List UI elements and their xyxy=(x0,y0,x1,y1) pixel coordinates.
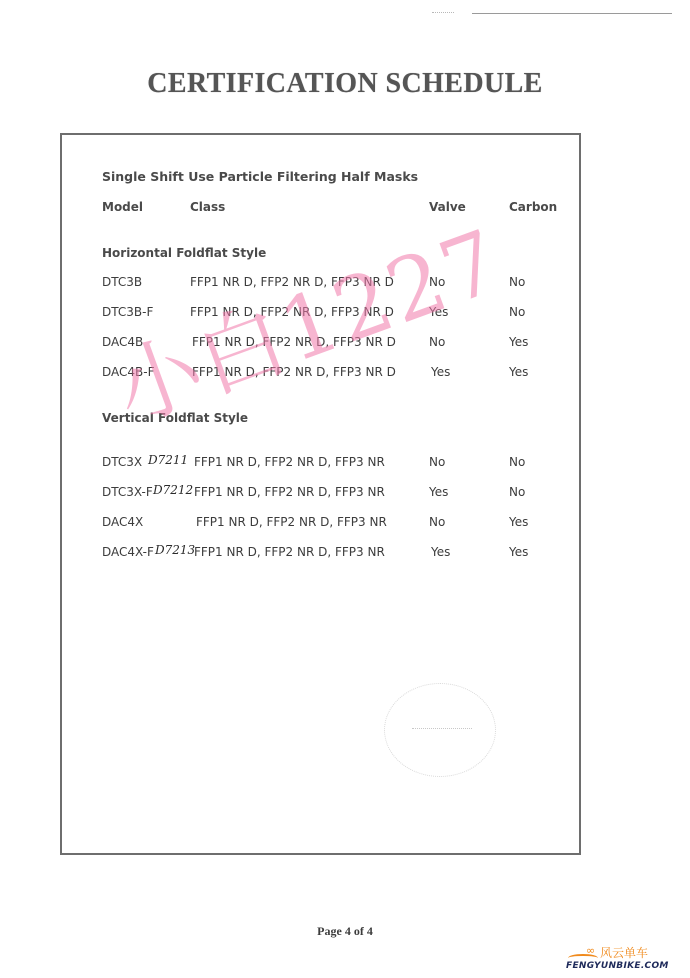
row-valve: Yes xyxy=(429,485,448,499)
row-valve: Yes xyxy=(429,305,448,319)
site-logo: ∞ 风云单车 FENGYUNBIKE.COM xyxy=(560,944,688,976)
logo-chinese-text: 风云单车 xyxy=(600,944,648,961)
row-class: FFP1 NR D, FFP2 NR D, FFP3 NR D xyxy=(190,275,394,289)
row-model: DTC3B-F xyxy=(102,305,153,319)
faded-stamp xyxy=(384,683,496,777)
row-model: DTC3X-F xyxy=(102,485,153,499)
row-model: DAC4X xyxy=(102,515,143,529)
row-model: DAC4B-F xyxy=(102,365,155,379)
column-header-model: Model xyxy=(102,200,143,214)
row-model: DTC3X xyxy=(102,455,142,469)
group-heading-horizontal: Horizontal Foldflat Style xyxy=(102,246,266,260)
group-heading-vertical: Vertical Foldflat Style xyxy=(102,411,248,425)
row-valve: No xyxy=(429,515,445,529)
handwritten-note: D7213 xyxy=(155,543,195,557)
page-number: Page 4 of 4 xyxy=(0,924,690,939)
row-carbon: No xyxy=(509,275,525,289)
row-valve: Yes xyxy=(431,545,450,559)
row-valve: No xyxy=(429,275,445,289)
page-title: CERTIFICATION SCHEDULE xyxy=(0,68,690,100)
row-model: DAC4X-F xyxy=(102,545,154,559)
row-class: FFP1 NR D, FFP2 NR D, FFP3 NR D xyxy=(192,365,396,379)
row-model: DTC3B xyxy=(102,275,142,289)
handwritten-note: D7212 xyxy=(153,483,193,497)
row-class: FFP1 NR D, FFP2 NR D, FFP3 NR D xyxy=(190,305,394,319)
column-header-valve: Valve xyxy=(429,200,466,214)
row-carbon: Yes xyxy=(509,365,528,379)
column-header-class: Class xyxy=(190,200,225,214)
row-carbon: No xyxy=(509,485,525,499)
row-class: FFP1 NR D, FFP2 NR D, FFP3 NR D xyxy=(192,335,396,349)
row-carbon: Yes xyxy=(509,545,528,559)
row-carbon: No xyxy=(509,305,525,319)
row-carbon: Yes xyxy=(509,515,528,529)
row-valve: No xyxy=(429,335,445,349)
scan-artifact-dots xyxy=(432,12,454,14)
faded-stamp-line xyxy=(412,728,472,730)
bicycle-icon: ∞ xyxy=(586,944,595,957)
row-carbon: No xyxy=(509,455,525,469)
row-valve: Yes xyxy=(431,365,450,379)
handwritten-note: D7211 xyxy=(148,453,188,467)
row-class: FFP1 NR D, FFP2 NR D, FFP3 NR xyxy=(194,485,385,499)
scan-artifact-line xyxy=(472,13,672,14)
row-carbon: Yes xyxy=(509,335,528,349)
row-valve: No xyxy=(429,455,445,469)
row-model: DAC4B xyxy=(102,335,143,349)
row-class: FFP1 NR D, FFP2 NR D, FFP3 NR xyxy=(196,515,387,529)
section-title: Single Shift Use Particle Filtering Half… xyxy=(102,169,418,184)
row-class: FFP1 NR D, FFP2 NR D, FFP3 NR xyxy=(194,545,385,559)
logo-english-text: FENGYUNBIKE.COM xyxy=(566,961,669,971)
row-class: FFP1 NR D, FFP2 NR D, FFP3 NR xyxy=(194,455,385,469)
column-header-carbon: Carbon xyxy=(509,200,557,214)
